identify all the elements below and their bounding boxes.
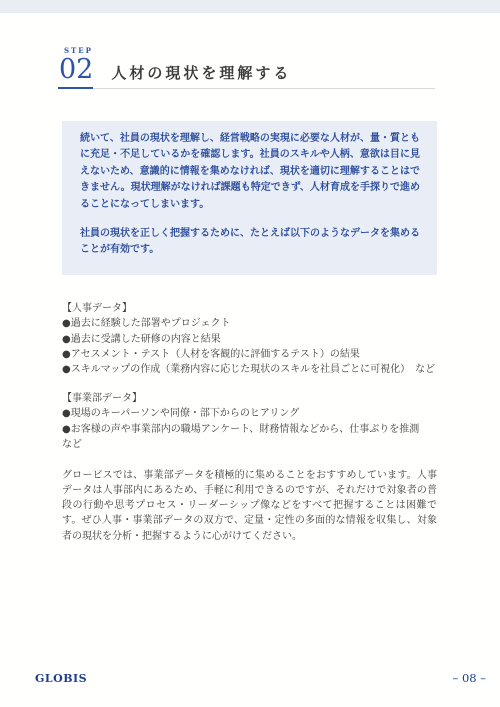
title-rule-area: 人材の現状を理解する (93, 62, 435, 89)
step-header: STEP 02 人材の現状を理解する (58, 46, 435, 89)
page-number: – 08 – (453, 671, 486, 685)
section-heading: 【事業部データ】 (62, 391, 437, 406)
list-item: ●アセスメント・テスト（人材を客観的に評価するテスト）の結果 (62, 347, 437, 362)
intro-highlight-box: 続いて、社員の現状を理解し、経営戦略の実現に必要な人材が、量・質ともに充足・不足… (62, 121, 437, 275)
step-block: STEP 02 (58, 46, 93, 89)
page-footer: GLOBIS – 08 – (35, 671, 486, 685)
document-page: STEP 02 人材の現状を理解する 続いて、社員の現状を理解し、経営戦略の実現… (0, 0, 500, 707)
list-item: ●お客様の声や事業部内の職場アンケート、財務情報などから、仕事ぶりを推測 など (62, 422, 437, 453)
business-unit-data-section: 【事業部データ】 ●現場のキーパーソンや同僚・部下からのヒアリング ●お客様の声… (62, 391, 437, 453)
list-item: ●スキルマップの作成（業務内容に応じた現状のスキルを社員ごとに可視化） など (62, 362, 437, 377)
list-item: ●現場のキーパーソンや同僚・部下からのヒアリング (62, 406, 437, 421)
hr-data-section: 【人事データ】 ●過去に経験した部署やプロジェクト ●過去に受講した研修の内容と… (62, 301, 437, 378)
highlight-paragraph: 社員の現状を正しく把握するために、たとえば以下のようなデータを集めることが有効で… (80, 226, 420, 259)
globis-logo: GLOBIS (35, 672, 87, 685)
data-lists: 【人事データ】 ●過去に経験した部署やプロジェクト ●過去に受講した研修の内容と… (62, 301, 437, 453)
page-top-accent-bar (0, 0, 500, 13)
list-item: ●過去に経験した部署やプロジェクト (62, 316, 437, 331)
page-title: 人材の現状を理解する (111, 62, 435, 83)
page-content: STEP 02 人材の現状を理解する 続いて、社員の現状を理解し、経営戦略の実現… (0, 13, 500, 544)
highlight-paragraph: 続いて、社員の現状を理解し、経営戦略の実現に必要な人材が、量・質ともに充足・不足… (80, 131, 420, 213)
list-item: ●過去に受講した研修の内容と結果 (62, 332, 437, 347)
section-heading: 【人事データ】 (62, 301, 437, 316)
closing-paragraph: グロービスでは、事業部データを積極的に集めることをおすすめしています。人事データ… (62, 468, 437, 544)
step-number: 02 (59, 56, 93, 83)
